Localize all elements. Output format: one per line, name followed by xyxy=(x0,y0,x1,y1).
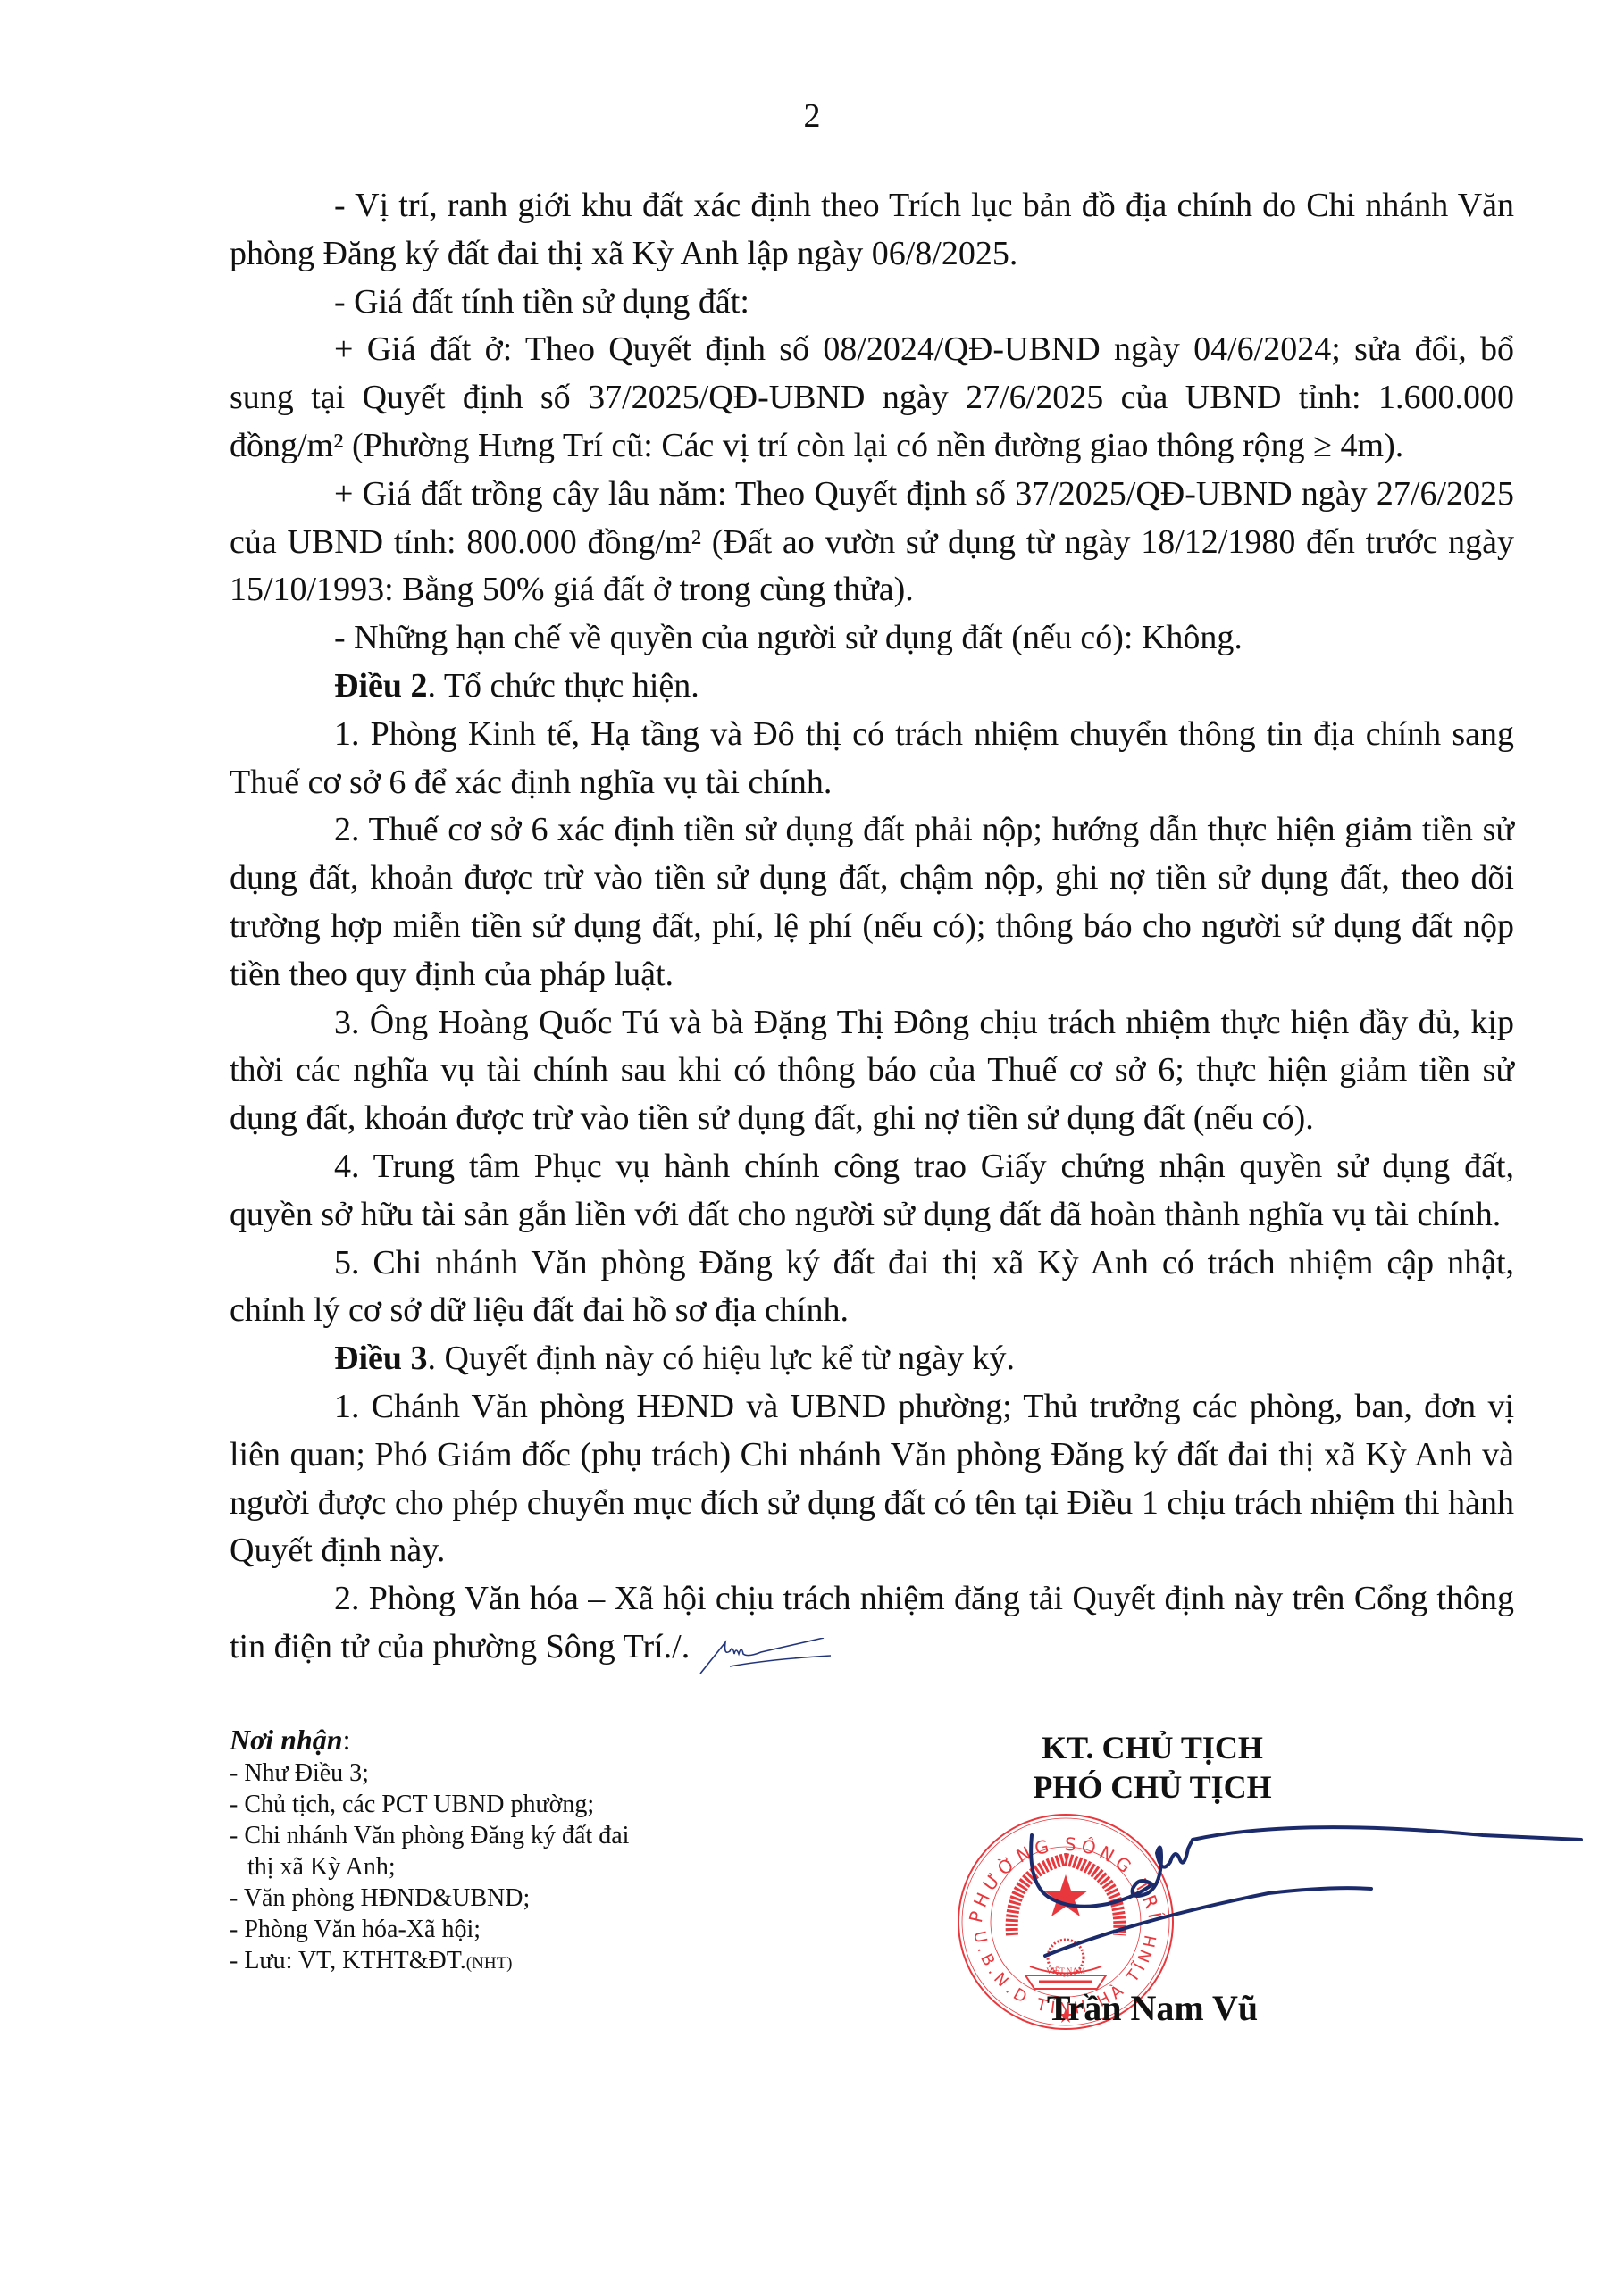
recipient-text: - Như Điều 3; xyxy=(230,1759,369,1787)
paragraph: + Giá đất ở: Theo Quyết định số 08/2024/… xyxy=(230,326,1514,470)
paragraph: 1. Chánh Văn phòng HĐND và UBND phường; … xyxy=(230,1383,1514,1575)
handwritten-signature-icon xyxy=(1027,1822,1608,2000)
recipients-block: Nơi nhận: - Như Điều 3;- Chủ tịch, các P… xyxy=(230,1722,783,1979)
recipient-text: - Phòng Văn hóa-Xã hội; xyxy=(230,1916,481,1943)
initials-signature-icon xyxy=(699,1638,833,1674)
paragraph-text: - Vị trí, ranh giới khu đất xác định the… xyxy=(230,187,1514,272)
paragraph-text: - Những hạn chế về quyền của người sử dụ… xyxy=(334,619,1243,656)
recipient-note: (NHT) xyxy=(466,1954,513,1973)
recipient-text: - Văn phòng HĐND&UBND; xyxy=(230,1884,530,1912)
page-number: 2 xyxy=(0,96,1624,136)
paragraph: - Vị trí, ranh giới khu đất xác định the… xyxy=(230,182,1514,279)
document-body: - Vị trí, ranh giới khu đất xác định the… xyxy=(230,182,1514,1674)
paragraph-text: 2. Phòng Văn hóa – Xã hội chịu trách nhi… xyxy=(230,1580,1514,1666)
signer-title-line1: KT. CHỦ TỊCH xyxy=(929,1728,1376,1767)
paragraph: 5. Chi nhánh Văn phòng Đăng ký đất đai t… xyxy=(230,1240,1514,1336)
paragraph-text: + Giá đất trồng cây lâu năm: Theo Quyết … xyxy=(230,475,1514,609)
recipient-item: - Chủ tịch, các PCT UBND phường; xyxy=(230,1789,783,1820)
recipient-text: thị xã Kỳ Anh; xyxy=(247,1853,396,1881)
paragraph-text: 1. Chánh Văn phòng HĐND và UBND phường; … xyxy=(230,1388,1514,1569)
paragraph: + Giá đất trồng cây lâu năm: Theo Quyết … xyxy=(230,471,1514,614)
paragraph: 1. Phòng Kinh tế, Hạ tầng và Đô thị có t… xyxy=(230,711,1514,807)
paragraph: 3. Ông Hoàng Quốc Tú và bà Đặng Thị Đông… xyxy=(230,999,1514,1143)
article-heading: Điều 2 xyxy=(334,667,428,705)
recipients-title: Nơi nhận: xyxy=(230,1722,783,1757)
paragraph-text: . Tổ chức thực hiện. xyxy=(428,667,699,705)
paragraph: Điều 3. Quyết định này có hiệu lực kể từ… xyxy=(230,1335,1514,1383)
paragraph: 2. Phòng Văn hóa – Xã hội chịu trách nhi… xyxy=(230,1575,1514,1674)
paragraph: 2. Thuế cơ sở 6 xác định tiền sử dụng đấ… xyxy=(230,806,1514,998)
paragraph: 4. Trung tâm Phục vụ hành chính công tra… xyxy=(230,1143,1514,1240)
recipient-item: - Chi nhánh Văn phòng Đăng ký đất đai xyxy=(230,1820,783,1851)
signer-title-line2: PHÓ CHỦ TỊCH xyxy=(929,1767,1376,1807)
article-heading: Điều 3 xyxy=(334,1340,428,1377)
paragraph: - Những hạn chế về quyền của người sử dụ… xyxy=(230,614,1514,663)
paragraph-text: 5. Chi nhánh Văn phòng Đăng ký đất đai t… xyxy=(230,1244,1514,1330)
recipient-item: - Lưu: VT, KTHT&ĐT.(NHT) xyxy=(230,1945,783,1979)
paragraph-text: - Giá đất tính tiền sử dụng đất: xyxy=(334,283,749,321)
recipient-text: - Lưu: VT, KTHT&ĐT. xyxy=(230,1947,466,1975)
recipient-item: - Như Điều 3; xyxy=(230,1757,783,1789)
recipient-item: - Phòng Văn hóa-Xã hội; xyxy=(230,1914,783,1945)
paragraph-text: 4. Trung tâm Phục vụ hành chính công tra… xyxy=(230,1148,1514,1233)
recipient-text: - Chủ tịch, các PCT UBND phường; xyxy=(230,1791,594,1818)
recipient-item: - Văn phòng HĐND&UBND; xyxy=(230,1883,783,1914)
signer-title: KT. CHỦ TỊCH PHÓ CHỦ TỊCH xyxy=(929,1728,1376,1807)
recipient-item: thị xã Kỳ Anh; xyxy=(230,1851,783,1883)
signer-name: Trần Nam Vũ xyxy=(929,1987,1376,2030)
paragraph: Điều 2. Tổ chức thực hiện. xyxy=(230,663,1514,711)
paragraph: - Giá đất tính tiền sử dụng đất: xyxy=(230,279,1514,327)
paragraph-text: . Quyết định này có hiệu lực kể từ ngày … xyxy=(428,1340,1016,1377)
recipient-text: - Chi nhánh Văn phòng Đăng ký đất đai xyxy=(230,1822,629,1849)
paragraph-text: + Giá đất ở: Theo Quyết định số 08/2024/… xyxy=(230,330,1514,464)
paragraph-text: 3. Ông Hoàng Quốc Tú và bà Đặng Thị Đông… xyxy=(230,1004,1514,1138)
recipients-list: - Như Điều 3;- Chủ tịch, các PCT UBND ph… xyxy=(230,1757,783,1979)
paragraph-text: 2. Thuế cơ sở 6 xác định tiền sử dụng đấ… xyxy=(230,811,1514,992)
paragraph-text: 1. Phòng Kinh tế, Hạ tầng và Đô thị có t… xyxy=(230,715,1514,801)
